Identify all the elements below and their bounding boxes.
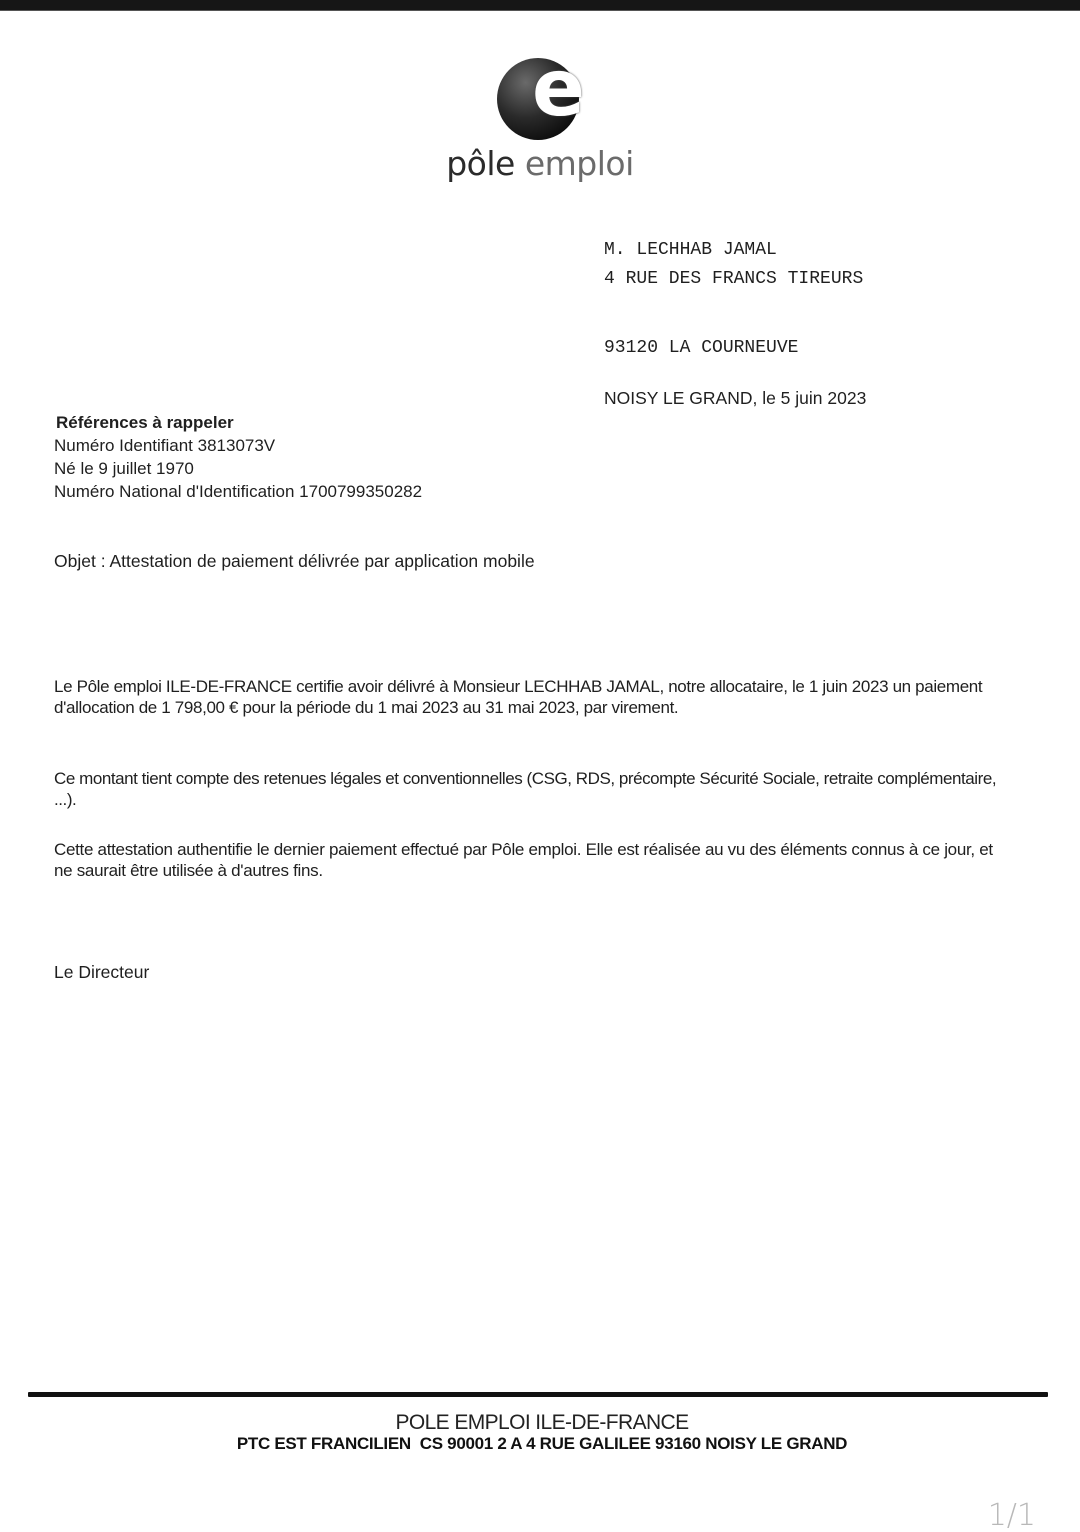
recipient-street: 4 RUE DES FRANCS TIREURS: [604, 269, 863, 289]
payment-certification-paragraph: Le Pôle emploi ILE-DE-FRANCE certifie av…: [54, 676, 1014, 718]
reference-birthdate: Né le 9 juillet 1970: [54, 457, 422, 480]
signature: Le Directeur: [54, 962, 149, 983]
recipient-city: 93120 LA COURNEUVE: [604, 338, 798, 358]
pole-emploi-logo: e pôle emploi: [440, 52, 640, 192]
logo-word-pole: pôle: [446, 144, 515, 183]
logo-word-emploi: emploi: [525, 144, 634, 183]
reference-national-id: Numéro National d'Identification 1700799…: [54, 480, 422, 503]
references-title: Références à rappeler: [56, 411, 422, 434]
place-and-date: NOISY LE GRAND, le 5 juin 2023: [604, 388, 866, 409]
letter-subject: Objet : Attestation de paiement délivrée…: [54, 551, 535, 572]
references-block: Références à rappeler Numéro Identifiant…: [54, 411, 422, 503]
logo-wordmark: pôle emploi: [440, 144, 640, 183]
footer-organization: POLE EMPLOI ILE-DE-FRANCE: [0, 1411, 1080, 1435]
footer-divider: [28, 1392, 1048, 1397]
viewer-top-bar: [0, 0, 1080, 11]
page-indicator: 1/1: [988, 1498, 1036, 1532]
footer-address: PTC EST FRANCILIEN CS 90001 2 A 4 RUE GA…: [0, 1434, 1080, 1454]
recipient-name: M. LECHHAB JAMAL: [604, 240, 777, 260]
reference-identifiant: Numéro Identifiant 3813073V: [54, 434, 422, 457]
logo-e-icon: e: [532, 44, 592, 134]
deductions-paragraph: Ce montant tient compte des retenues lég…: [54, 768, 1014, 810]
authentication-paragraph: Cette attestation authentifie le dernier…: [54, 839, 1014, 881]
